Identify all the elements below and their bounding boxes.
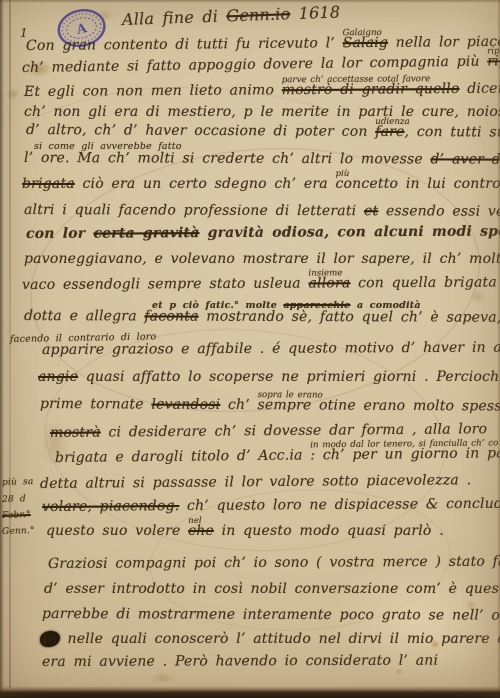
struck-text: faconta: [144, 308, 198, 324]
manuscript-line: Et egli con non men lieto animo parve ch…: [24, 80, 500, 100]
struck-text: brigata: [22, 176, 75, 192]
date-heading: Alla fine di Genn.io 1618: [122, 2, 341, 29]
manuscript-page: A 1Alla fine di Genn.io 1618Con gran con…: [0, 0, 500, 698]
struck-text: volare, piacendog.: [42, 498, 179, 515]
margin-note: Febr.°: [2, 510, 31, 521]
ink-text: più sa: [2, 477, 34, 488]
ink-text: d’ altro, ch’ d’ haver occasione di pote…: [26, 122, 375, 140]
manuscript-line: volare, piacendog. ch’ questo loro ne di…: [42, 496, 500, 515]
manuscript-line: era mi avviene . Però havendo io conside…: [42, 653, 438, 670]
ink-text: d’ esser introdotto in così nobil conver…: [44, 581, 500, 597]
ink-text: ch’ questo loro ne dispiacesse & conclud…: [179, 496, 500, 514]
ink-text: con lor: [26, 226, 94, 242]
struck-text: mostrà: [50, 425, 101, 441]
manuscript-line: pavoneggiavano, e volevano mostrare il l…: [24, 251, 500, 267]
struck-text: riguardevole apparir: [487, 51, 500, 69]
ink-text: , con tutti suoi amici, passar: [404, 124, 500, 141]
ink-text: nella lor piacevol brigata istimando: [388, 32, 500, 50]
ink-text: ch’ non gli era di mestiero, p le merite…: [24, 104, 500, 120]
ink-text: Con gran contento di tutti fu ricevuto l…: [26, 35, 343, 54]
struck-text: Salaig: [343, 35, 389, 51]
struck-text: certa gravità: [93, 225, 199, 242]
margin-note: Genn.°: [2, 526, 35, 537]
manuscript-line: ch’ non gli era di mestiero, p le merite…: [24, 104, 500, 120]
ink-text: apparire grazioso e affabile . é questo …: [42, 340, 500, 358]
ink-text: 28 d: [2, 494, 26, 505]
ink-blot: in: [40, 631, 60, 647]
ink-text: ciò era un certo sdegno ch’ era: [75, 176, 336, 192]
struck-text: Febr.°: [2, 510, 31, 521]
struck-text: che: [188, 523, 214, 539]
ink-text: 1618: [290, 2, 340, 23]
ink-text: pavoneggiavano, e volevano mostrare il l…: [24, 251, 500, 267]
ink-text: dotta e allegra: [24, 308, 144, 324]
struck-text: d’ aver d’ esser li: [431, 151, 500, 167]
ink-text: detta altrui si passasse il lor valore s…: [40, 472, 471, 492]
ink-text: Et egli con non men lieto animo: [24, 82, 282, 100]
manuscript-line: parrebbe di mostrarmene interamente poco…: [42, 606, 500, 624]
ink-text: dicendo egli: [460, 80, 500, 97]
manuscript-line: questo suo volere nelche in questo modo …: [46, 523, 444, 539]
ink-text: Graziosi compagni poi ch’ io sono ( vost…: [48, 553, 500, 572]
struck-text: fare: [375, 124, 404, 140]
margin-note: 28 d: [2, 494, 26, 505]
struck-text: et: [364, 203, 378, 219]
ink-text: Genn.°: [2, 526, 35, 537]
manuscript-line: in nelle quali conoscerò l’ attitudo nel…: [40, 631, 500, 647]
ink-text: mostrando sè, fatto quel ch’ è sapeva, d…: [199, 309, 500, 326]
manuscript-line: l’ ore. Ma ch’ molti si crederte ch’ alt…: [24, 150, 500, 168]
manuscript-line: angie quasi affatto lo scoperse ne primi…: [38, 369, 500, 385]
ink-text: con quella brigata: [350, 275, 497, 292]
ink-text: ci desiderare ch’ si dovesse dar forma ,…: [101, 421, 488, 440]
manuscript-line: Con gran contento di tutti fu ricevuto l…: [26, 32, 500, 54]
manuscript-line: con lor certa gravità gravità odiosa, co…: [26, 223, 500, 242]
ink-text: prime tornate: [40, 396, 152, 413]
ink-text: altri i quali facendo professione di let…: [24, 202, 364, 219]
manuscript-line: d’ altro, ch’ d’ haver occasione di pote…: [26, 122, 500, 141]
struck-text: allora: [308, 275, 350, 291]
manuscript-line: apparire grazioso e affabile . é questo …: [42, 340, 500, 358]
ink-text: brigata e darogli titolo d’ Acc.ia: [55, 447, 310, 466]
ink-text: : ch’ per un giorno in par: [310, 445, 500, 463]
ink-text: quasi affatto lo scoperse ne primieri gi…: [78, 369, 500, 385]
manuscript-line: prime tornate levandosi ch’ sopra le era…: [40, 396, 500, 415]
ink-text: gravità odiosa, con alcuni modi specchev…: [199, 223, 500, 241]
manuscript-line: brigata ciò era un certo sdegno ch’ era …: [22, 176, 500, 192]
struck-text: angie: [38, 369, 78, 385]
ink-text: concetto in lui contro ad co: [335, 176, 500, 192]
struck-text: mostrò di gradir quello: [282, 81, 460, 98]
manuscript-line: d’ esser introdotto in così nobil conver…: [44, 581, 500, 597]
struck-text: Genn.io: [226, 4, 291, 25]
ink-text: vaco essendogli sempre stato usleua: [22, 276, 309, 293]
margin-note: più sa: [2, 477, 34, 488]
ink-text: ch’ mediante si fatto appoggio dovere la…: [22, 54, 488, 76]
manuscript-line: detta altrui si passasse il lor valore s…: [40, 472, 471, 492]
ink-text: sempre otine erano molto spesse,: [257, 397, 500, 414]
manuscript-line: altri i quali facendo professione di let…: [24, 202, 500, 220]
ink-text: in questo modo quasi parlò .: [214, 523, 444, 539]
ink-text: parrebbe di mostrarmene interamente poco…: [42, 606, 500, 624]
manuscript-line: Graziosi compagni poi ch’ io sono ( vost…: [48, 553, 500, 572]
struck-text: levandosi: [151, 397, 220, 413]
ink-text: ch’: [220, 397, 257, 413]
ink-text: Alla fine di: [122, 6, 227, 29]
line-layer: 1Alla fine di Genn.io 1618Con gran conte…: [0, 0, 500, 698]
paper-fold-line: [9, 0, 11, 688]
ink-text: questo suo volere: [46, 523, 188, 539]
ink-text: nelle quali conoscerò l’ attitudo nel di…: [60, 631, 500, 647]
ink-text: era mi avviene . Però havendo io conside…: [42, 653, 438, 670]
ink-text: l’ ore. Ma ch’ molti si crederte ch’ alt…: [24, 150, 431, 167]
manuscript-line: brigata e darogli titolo d’ Acc.ia in mo…: [55, 445, 500, 466]
manuscript-line: ch’ mediante si fatto appoggio dovere la…: [22, 51, 500, 76]
manuscript-line: vaco essendogli sempre stato usleua insi…: [22, 275, 497, 293]
ink-text: essendo essi veramente: [378, 203, 500, 220]
manuscript-line: dotta e allegra faconta mostrando sè, fa…: [24, 308, 500, 326]
